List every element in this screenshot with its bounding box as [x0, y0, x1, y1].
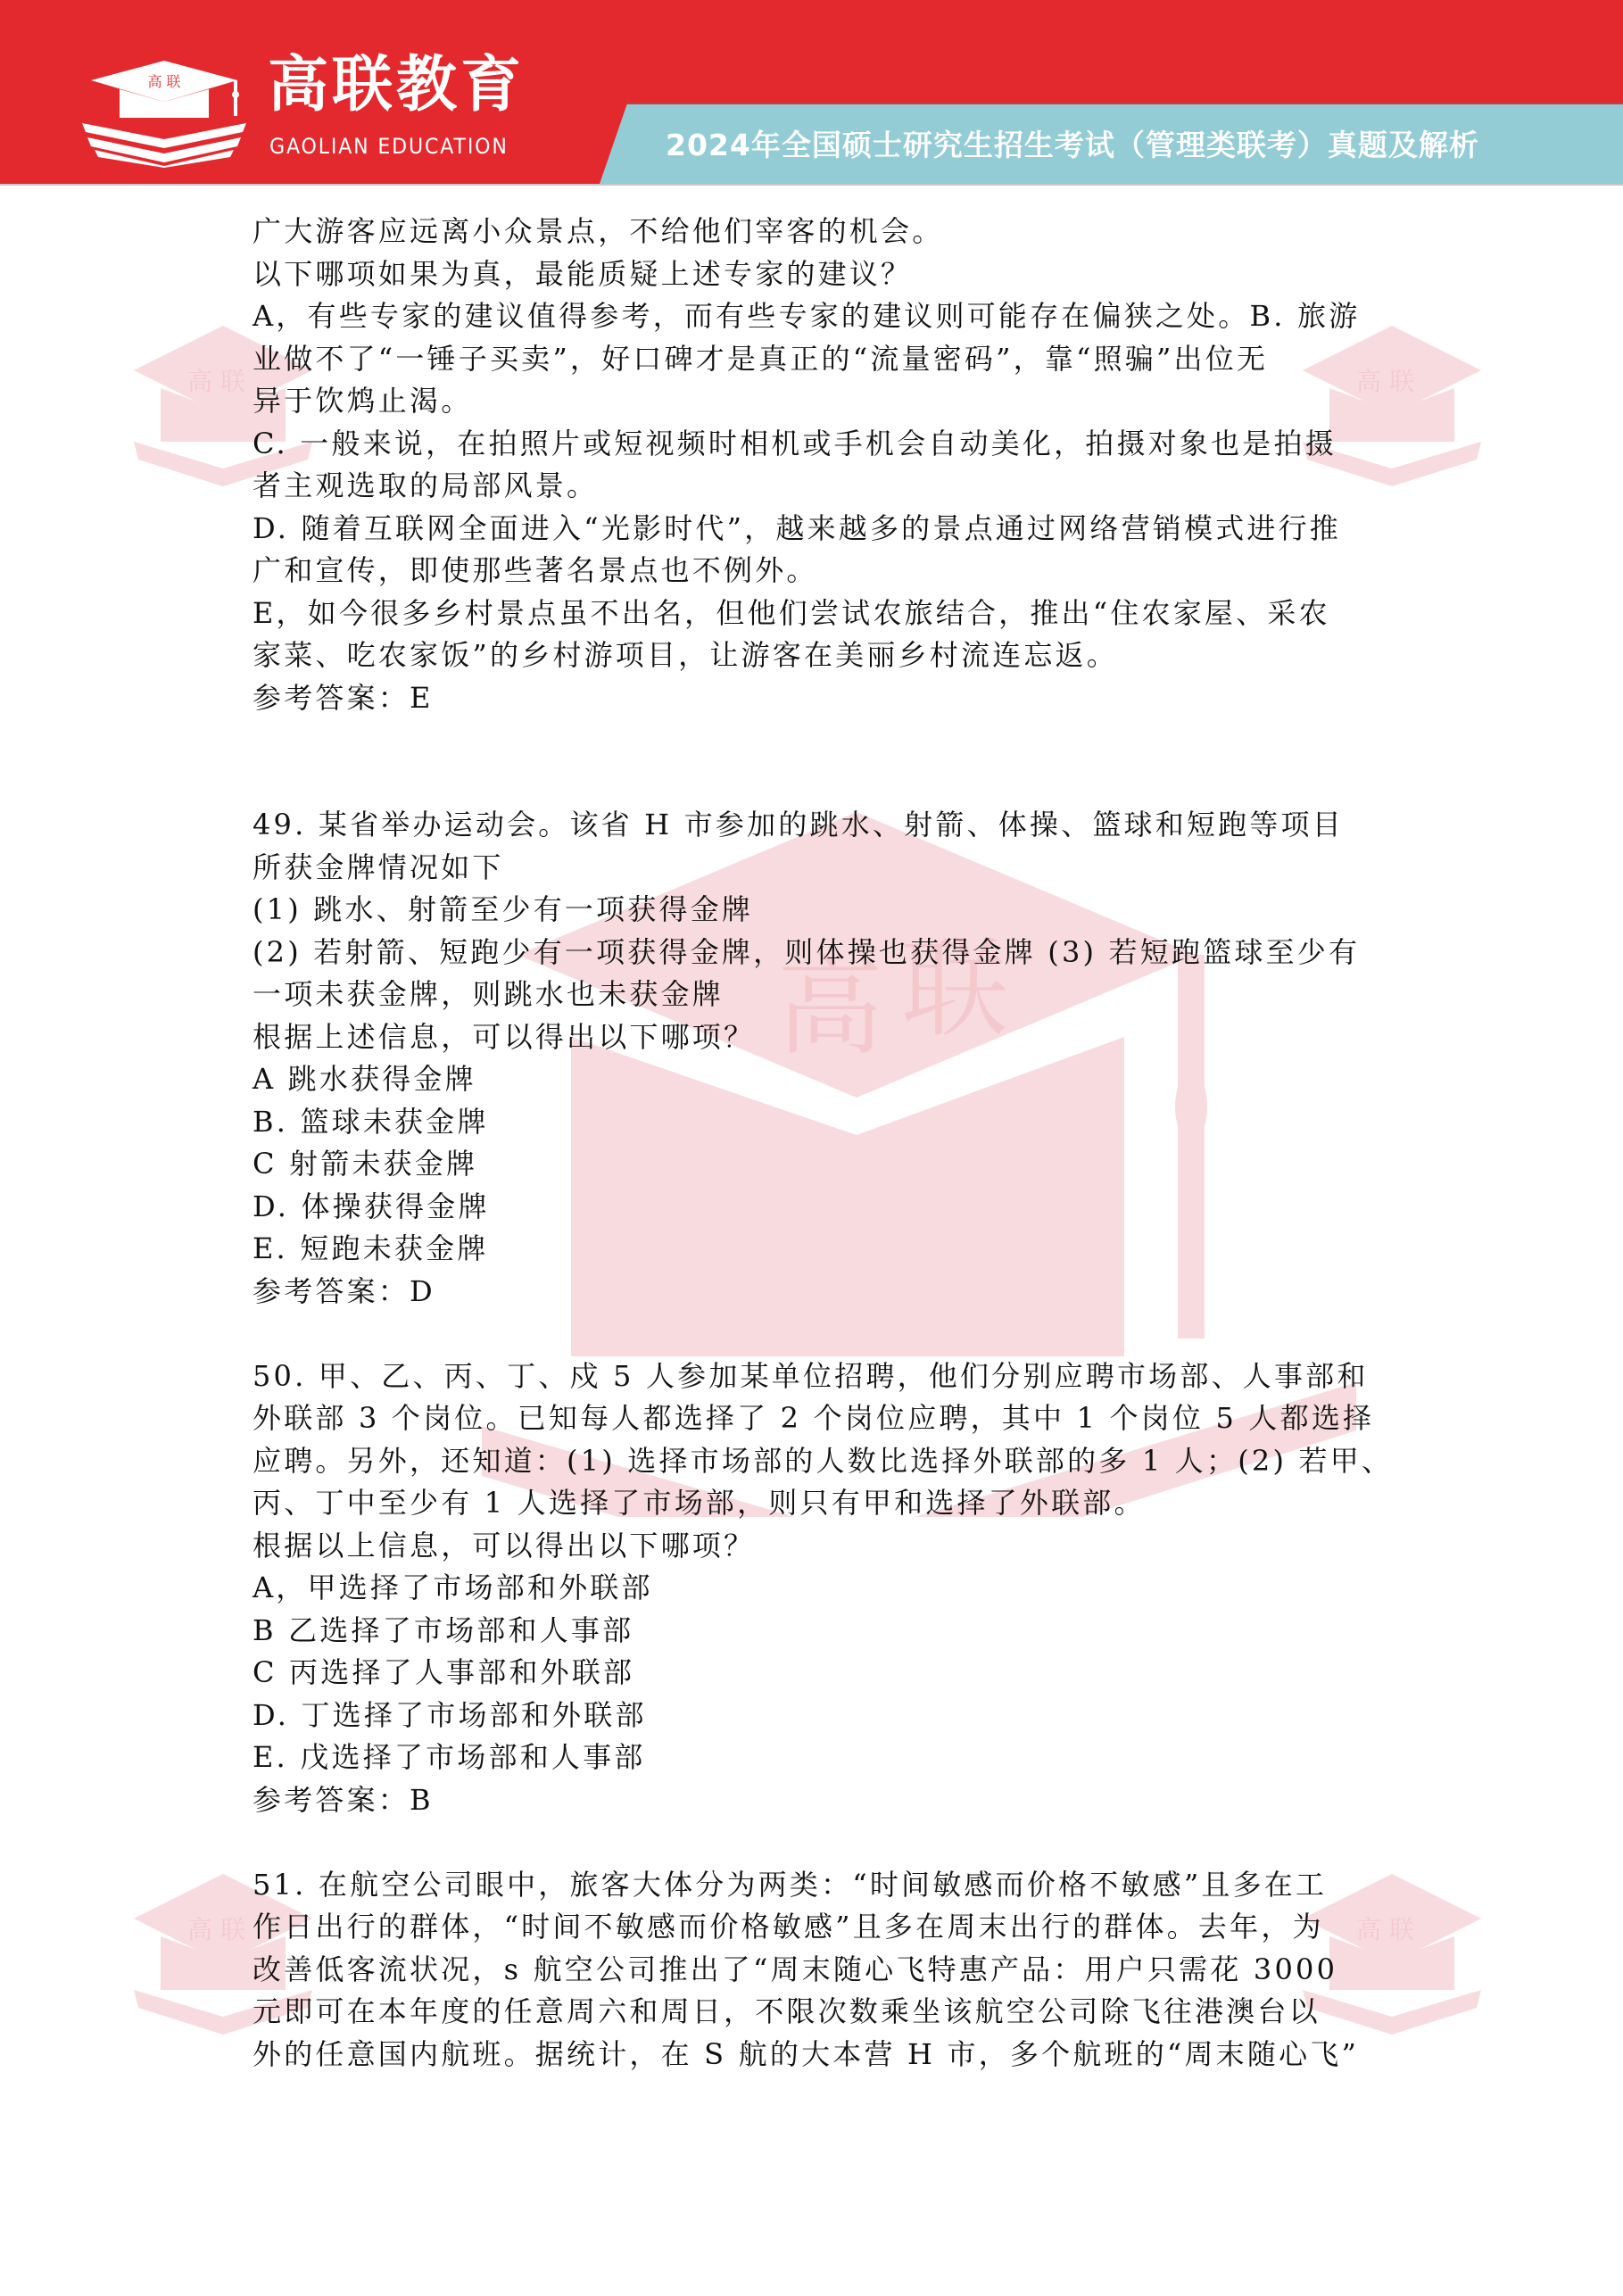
question-text-line: 元即可在本年度的任意周六和周日，不限次数乘坐该航空公司除飞往港澳台以 [253, 1991, 1372, 2034]
option-b: B. 篮球未获金牌 [253, 1101, 1372, 1144]
question-51: 51. 在航空公司眼中，旅客大体分为两类：“时间敏感而价格不敏感”且多在工 作日… [253, 1864, 1372, 2076]
question-text-line: 外联部 3 个岗位。已知每人都选择了 2 个岗位应聘，其中 1 个岗位 5 人都… [253, 1397, 1372, 1440]
option-e-line: 家菜、吃农家饭”的乡村游项目，让游客在美丽乡村流连忘返。 [253, 634, 1372, 677]
question-49: 49. 某省举办运动会。该省 H 市参加的跳水、射箭、体操、篮球和短跑等项目 所… [253, 804, 1372, 1313]
option-d: D. 体操获得金牌 [253, 1186, 1372, 1229]
condition-line: 一项未获金牌，则跳水也未获金牌 [253, 974, 1372, 1016]
option-e-line: E，如今很多乡村景点虽不出名，但他们尝试农旅结合，推出“住农家屋、采农 [253, 593, 1372, 635]
option-e: E. 戊选择了市场部和人事部 [253, 1737, 1372, 1779]
option-a-b-line: A，有些专家的建议值得参考，而有些专家的建议则可能存在偏狭之处。B. 旅游 [253, 295, 1372, 338]
question-prompt: 根据上述信息，可以得出以下哪项？ [253, 1016, 1372, 1059]
spacer [253, 719, 1372, 804]
question-text-line: 51. 在航空公司眼中，旅客大体分为两类：“时间敏感而价格不敏感”且多在工 [253, 1864, 1372, 1907]
exam-content: 广大游客应远离小众景点，不给他们宰客的机会。 以下哪项如果为真，最能质疑上述专家… [253, 211, 1372, 2076]
option-e: E. 短跑未获金牌 [253, 1228, 1372, 1271]
question-text-line: 广大游客应远离小众景点，不给他们宰客的机会。 [253, 211, 1372, 253]
option-b-line: 业做不了“一锤子买卖”，好口碑才是真正的“流量密码”，靠“照骗”出位无 [253, 338, 1372, 381]
option-b: B 乙选择了市场部和人事部 [253, 1610, 1372, 1653]
question-text-line: 改善低客流状况，s 航空公司推出了“周末随心飞特惠产品：用户只需花 3000 [253, 1949, 1372, 1992]
question-text-line: 所获金牌情况如下 [253, 847, 1372, 890]
option-d-line: D. 随着互联网全面进入“光影时代”，越来越多的景点通过网络营销模式进行推 [253, 508, 1372, 551]
option-c-line: C. 一般来说，在拍照片或短视频时相机或手机会自动美化，拍摄对象也是拍摄 [253, 423, 1372, 466]
option-d-line: 广和宣传，即使那些著名景点也不例外。 [253, 550, 1372, 593]
answer-label: 参考答案：B [253, 1779, 1372, 1822]
condition-line: (2) 若射箭、短跑少有一项获得金牌，则体操也获得金牌 (3) 若短跑篮球至少有 [253, 932, 1372, 974]
brand-name-chinese: 高联教育 [268, 55, 525, 116]
spacer [253, 1821, 1372, 1864]
question-text-line: 外的任意国内航班。据统计，在 S 航的大本营 H 市，多个航班的“周末随心飞” [253, 2034, 1372, 2076]
brand-name-english: GAOLIAN EDUCATION [269, 136, 509, 157]
question-text-line: 作日出行的群体，“时间不敏感而价格敏感”且多在周末出行的群体。去年，为 [253, 1906, 1372, 1949]
question-48: 广大游客应远离小众景点，不给他们宰客的机会。 以下哪项如果为真，最能质疑上述专家… [253, 211, 1372, 719]
option-b-line: 异于饮鸩止渴。 [253, 380, 1372, 423]
option-c-line: 者主观选取的局部风景。 [253, 465, 1372, 508]
question-text-line: 49. 某省举办运动会。该省 H 市参加的跳水、射箭、体操、篮球和短跑等项目 [253, 804, 1372, 847]
logo-cap-text: 高 联 [147, 73, 180, 90]
question-text-line: 丙、丁中至少有 1 人选择了市场部，则只有甲和选择了外联部。 [253, 1482, 1372, 1525]
question-text-line: 50. 甲、乙、丙、丁、戍 5 人参加某单位招聘，他们分别应聘市场部、人事部和 [253, 1355, 1372, 1398]
svg-text:高 联: 高 联 [187, 1915, 245, 1944]
gaolian-logo-icon: 高 联 [82, 61, 261, 168]
question-50: 50. 甲、乙、丙、丁、戍 5 人参加某单位招聘，他们分别应聘市场部、人事部和 … [253, 1355, 1372, 1822]
question-prompt: 以下哪项如果为真，最能质疑上述专家的建议？ [253, 253, 1372, 296]
option-a: A 跳水获得金牌 [253, 1058, 1372, 1101]
answer-label: 参考答案：E [253, 677, 1372, 720]
answer-label: 参考答案：D [253, 1271, 1372, 1314]
condition-line: (1) 跳水、射箭至少有一项获得金牌 [253, 889, 1372, 932]
question-text-line: 应聘。另外，还知道：(1) 选择市场部的人数比选择外联部的多 1 人；(2) 若… [253, 1440, 1372, 1483]
svg-text:高 联: 高 联 [187, 367, 245, 396]
option-a: A，甲选择了市场部和外联部 [253, 1567, 1372, 1610]
option-d: D. 丁选择了市场部和外联部 [253, 1695, 1372, 1737]
page-header-banner: 高 联 高联教育 GAOLIAN EDUCATION 2024年全国硕士研究生招… [0, 0, 1623, 186]
spacer [253, 1313, 1372, 1355]
option-c: C 射箭未获金牌 [253, 1143, 1372, 1186]
option-c: C 丙选择了人事部和外联部 [253, 1652, 1372, 1695]
question-prompt: 根据以上信息，可以得出以下哪项？ [253, 1525, 1372, 1568]
exam-banner-title: 2024年全国硕士研究生招生考试（管理类联考）真题及解析 [666, 130, 1479, 160]
